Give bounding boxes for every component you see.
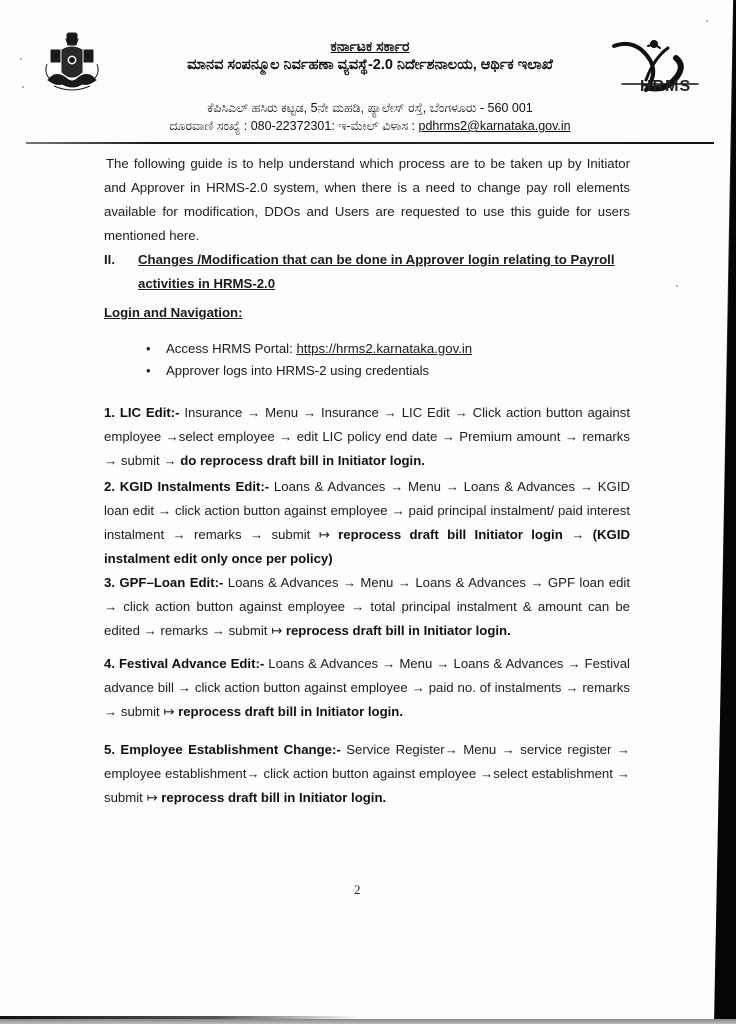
item-emphasis: reprocess draft bill in Initiator login. bbox=[161, 790, 386, 805]
portal-link[interactable]: https://hrms2.karnataka.gov.in bbox=[296, 341, 472, 356]
scan-speck bbox=[676, 285, 678, 287]
scan-border-right-dark bbox=[714, 0, 736, 1024]
scan-speck bbox=[22, 86, 24, 88]
bullet-label: Approver logs into HRMS-2 using credenti… bbox=[166, 363, 429, 378]
scan-speck bbox=[20, 58, 22, 60]
item-emphasis: reprocess draft bill in Initiator login. bbox=[178, 704, 403, 719]
login-navigation-heading: Login and Navigation: bbox=[104, 305, 242, 320]
item-title: 4. Festival Advance Edit:- bbox=[104, 656, 264, 671]
office-address: ಕೆಪಿಸಿಎಲ್ ಹಸಿರು ಕಟ್ಟಡ, 5ನೇ ಮಹಡಿ, ಪ್ಯಾಲೇಸ… bbox=[120, 101, 620, 116]
government-title: ಕರ್ನಾಟಕ ಸರ್ಕಾರ bbox=[120, 38, 620, 55]
karnataka-emblem-icon bbox=[42, 30, 102, 98]
document-page: ಕರ್ನಾಟಕ ಸರ್ಕಾರ ಮಾನವ ಸಂಪನ್ಮೂಲ ನಿರ್ವಹಣಾ ವ್… bbox=[0, 0, 736, 1024]
contact-line: ದೂರವಾಣಿ ಸಂಖ್ಯೆ : 080-22372301: ಇ-ಮೇಲ್ ವಿ… bbox=[120, 119, 620, 134]
scan-border-bottom bbox=[0, 1019, 736, 1024]
item-title: 1. LIC Edit:- bbox=[104, 405, 180, 420]
list-item: Access HRMS Portal: https://hrms2.karnat… bbox=[146, 338, 472, 360]
step-item-festival-advance-edit: 4. Festival Advance Edit:- Loans & Advan… bbox=[104, 652, 630, 724]
login-navigation-list: Access HRMS Portal: https://hrms2.karnat… bbox=[146, 338, 472, 382]
department-title: ಮಾನವ ಸಂಪನ್ಮೂಲ ನಿರ್ವಹಣಾ ವ್ಯವಸ್ಥೆ-2.0 ನಿರ್… bbox=[135, 56, 605, 74]
item-emphasis: do reprocess draft bill in Initiator log… bbox=[180, 453, 425, 468]
intro-paragraph: The following guide is to help understan… bbox=[104, 152, 630, 248]
item-title: 3. GPF–Loan Edit:- bbox=[104, 575, 223, 590]
header-divider bbox=[26, 142, 714, 144]
hrms-logo-text: HRMS bbox=[640, 78, 691, 96]
item-emphasis: reprocess draft bill in Initiator login. bbox=[286, 623, 511, 638]
step-item-lic-edit: 1. LIC Edit:- Insurance → Menu → Insuran… bbox=[104, 401, 630, 473]
bullet-label: Access HRMS Portal: bbox=[166, 341, 296, 356]
item-title: 5. Employee Establishment Change:- bbox=[104, 742, 341, 757]
section-title: Changes /Modification that can be done i… bbox=[138, 248, 618, 296]
scan-speck bbox=[706, 20, 708, 22]
page-number: 2 bbox=[354, 882, 361, 898]
phone-label: ದೂರವಾಣಿ ಸಂಖ್ಯೆ : 080-22372301: ಇ-ಮೇಲ್ ವಿ… bbox=[169, 119, 418, 133]
step-item-establishment-change: 5. Employee Establishment Change:- Servi… bbox=[104, 738, 630, 810]
email-link[interactable]: pdhrms2@karnataka.gov.in bbox=[419, 119, 571, 133]
step-item-kgid-edit: 2. KGID Instalments Edit:- Loans & Advan… bbox=[104, 475, 630, 571]
list-item: Approver logs into HRMS-2 using credenti… bbox=[146, 360, 472, 382]
item-title: 2. KGID Instalments Edit:- bbox=[104, 479, 269, 494]
step-item-gpf-loan-edit: 3. GPF–Loan Edit:- Loans & Advances → Me… bbox=[104, 571, 630, 643]
section-number: II. bbox=[104, 248, 115, 272]
